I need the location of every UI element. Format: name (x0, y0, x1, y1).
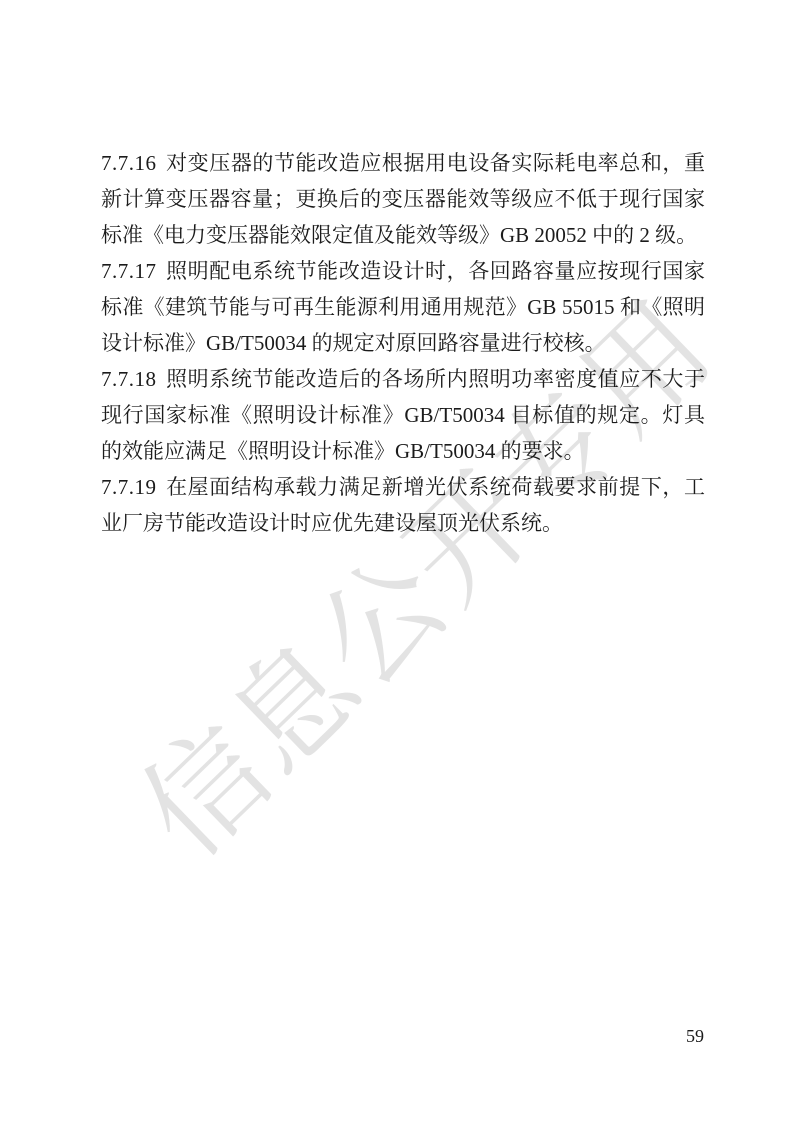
clause-number: 7.7.17 (101, 259, 157, 283)
page-number: 59 (0, 1026, 704, 1047)
clause-text: 照明配电系统节能改造设计时，各回路容量应按现行国家标准《建筑节能与可再生能源利用… (101, 259, 705, 355)
clause-paragraph: 7.7.19在屋面结构承载力满足新增光伏系统荷载要求前提下，工业厂房节能改造设计… (101, 469, 705, 541)
clause-paragraph: 7.7.18照明系统节能改造后的各场所内照明功率密度值应不大于现行国家标准《照明… (101, 361, 705, 469)
page-body: 7.7.16对变压器的节能改造应根据用电设备实际耗电率总和，重新计算变压器容量；… (101, 145, 705, 541)
clause-paragraph: 7.7.17照明配电系统节能改造设计时，各回路容量应按现行国家标准《建筑节能与可… (101, 253, 705, 361)
clause-number: 7.7.16 (101, 151, 157, 175)
document-page: 信息公开专用 7.7.16对变压器的节能改造应根据用电设备实际耗电率总和，重新计… (0, 0, 800, 1131)
clause-paragraph: 7.7.16对变压器的节能改造应根据用电设备实际耗电率总和，重新计算变压器容量；… (101, 145, 705, 253)
clause-number: 7.7.19 (101, 475, 157, 499)
clause-text: 照明系统节能改造后的各场所内照明功率密度值应不大于现行国家标准《照明设计标准》G… (101, 367, 705, 463)
clause-text: 对变压器的节能改造应根据用电设备实际耗电率总和，重新计算变压器容量；更换后的变压… (101, 151, 705, 247)
clause-number: 7.7.18 (101, 367, 157, 391)
clause-text: 在屋面结构承载力满足新增光伏系统荷载要求前提下，工业厂房节能改造设计时应优先建设… (101, 475, 705, 535)
